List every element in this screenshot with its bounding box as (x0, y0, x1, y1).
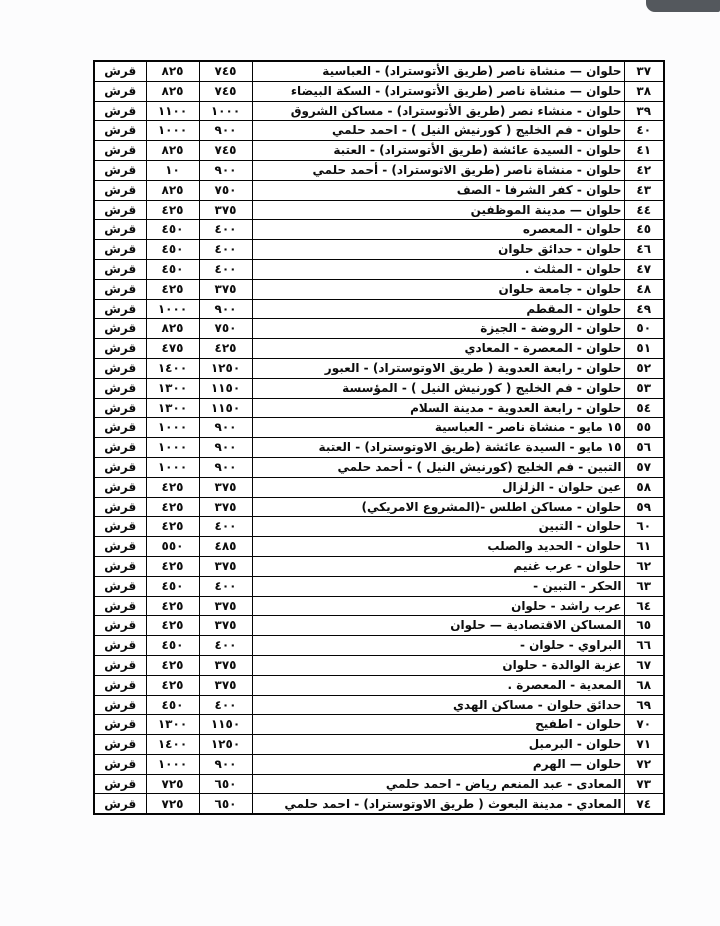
fare-high-cell: ٧٢٥ (146, 774, 199, 794)
fare-high-cell: ٤٢٥ (146, 596, 199, 616)
unit-cell: قرش (94, 200, 146, 220)
fare-high-cell: ٤٢٥ (146, 517, 199, 537)
unit-cell: قرش (94, 339, 146, 359)
table-row: ٥١حلوان - المعصرة - المعادي٤٢٥٤٧٥قرش (94, 339, 664, 359)
unit-cell: قرش (94, 319, 146, 339)
row-number-cell: ٥٢ (624, 358, 664, 378)
row-number-cell: ٥٧ (624, 457, 664, 477)
fare-low-cell: ٩٠٠ (199, 457, 252, 477)
fare-high-cell: ١٣٠٠ (146, 398, 199, 418)
route-cell: حلوان — منشاة ناصر (طريق الأتوستراد) - ا… (252, 61, 624, 81)
row-number-cell: ٧١ (624, 735, 664, 755)
fare-high-cell: ٨٢٥ (146, 81, 199, 101)
table-row: ٥٧التبين - فم الخليج (كورنيش النيل ) - أ… (94, 457, 664, 477)
fare-low-cell: ٧٤٥ (199, 141, 252, 161)
route-cell: حلوان — مدينة الموظفين (252, 200, 624, 220)
table-row: ٧٤المعادي - مدينة البعوث ( طريق الاوتوست… (94, 794, 664, 814)
fare-high-cell: ١٠٠٠ (146, 754, 199, 774)
unit-cell: قرش (94, 537, 146, 557)
fare-low-cell: ٣٧٥ (199, 497, 252, 517)
unit-cell: قرش (94, 616, 146, 636)
table-row: ٦٢حلوان - عرب غنيم٣٧٥٤٢٥قرش (94, 556, 664, 576)
table-row: ٤٧حلوان - المثلث .٤٠٠٤٥٠قرش (94, 259, 664, 279)
unit-cell: قرش (94, 576, 146, 596)
fare-high-cell: ٨٢٥ (146, 180, 199, 200)
fare-low-cell: ٩٠٠ (199, 438, 252, 458)
fare-low-cell: ٤٠٠ (199, 240, 252, 260)
row-number-cell: ٤١ (624, 141, 664, 161)
row-number-cell: ٤٣ (624, 180, 664, 200)
fare-high-cell: ١٠٠٠ (146, 418, 199, 438)
fare-high-cell: ٧٢٥ (146, 794, 199, 814)
row-number-cell: ٦٧ (624, 655, 664, 675)
route-cell: حلوان - الحديد والصلب (252, 537, 624, 557)
fare-high-cell: ٤٢٥ (146, 477, 199, 497)
fare-low-cell: ١١٥٠ (199, 378, 252, 398)
route-cell: حلوان - التبين (252, 517, 624, 537)
row-number-cell: ٥٨ (624, 477, 664, 497)
fare-low-cell: ٤٠٠ (199, 259, 252, 279)
fare-low-cell: ٤٠٠ (199, 517, 252, 537)
row-number-cell: ٧٢ (624, 754, 664, 774)
unit-cell: قرش (94, 596, 146, 616)
row-number-cell: ٥١ (624, 339, 664, 359)
table-row: ٤٤حلوان — مدينة الموظفين٣٧٥٤٢٥قرش (94, 200, 664, 220)
fare-high-cell: ٤٥٠ (146, 576, 199, 596)
row-number-cell: ٤٠ (624, 121, 664, 141)
fare-low-cell: ٣٧٥ (199, 616, 252, 636)
table-row: ٥٠حلوان - الروضة - الجيزة٧٥٠٨٢٥قرش (94, 319, 664, 339)
route-cell: المساكن الاقتصادية — حلوان (252, 616, 624, 636)
table-row: ٦٧عزبة الوالدة - حلوان٣٧٥٤٢٥قرش (94, 655, 664, 675)
route-cell: حلوان - حدائق حلوان (252, 240, 624, 260)
table-row: ٦٥المساكن الاقتصادية — حلوان٣٧٥٤٢٥قرش (94, 616, 664, 636)
fare-low-cell: ١١٥٠ (199, 715, 252, 735)
table-row: ٥٥١٥ مايو - منشاة ناصر - العباسية٩٠٠١٠٠٠… (94, 418, 664, 438)
table-row: ٤٨حلوان - جامعة حلوان٣٧٥٤٢٥قرش (94, 279, 664, 299)
table-row: ٧١حلوان - البرمبل١٢٥٠١٤٠٠قرش (94, 735, 664, 755)
fare-low-cell: ٤٠٠ (199, 576, 252, 596)
fare-low-cell: ٣٧٥ (199, 279, 252, 299)
unit-cell: قرش (94, 636, 146, 656)
route-cell: التبين - فم الخليج (كورنيش النيل ) - أحم… (252, 457, 624, 477)
route-cell: حلوان - كفر الشرفا - الصف (252, 180, 624, 200)
route-cell: حلوان - عرب غنيم (252, 556, 624, 576)
row-number-cell: ٤٤ (624, 200, 664, 220)
row-number-cell: ٦١ (624, 537, 664, 557)
row-number-cell: ٥٠ (624, 319, 664, 339)
fare-high-cell: ١٠٠٠ (146, 457, 199, 477)
fare-high-cell: ١٣٠٠ (146, 715, 199, 735)
fare-high-cell: ١٤٠٠ (146, 735, 199, 755)
row-number-cell: ٦٠ (624, 517, 664, 537)
row-number-cell: ٤٨ (624, 279, 664, 299)
unit-cell: قرش (94, 794, 146, 814)
unit-cell: قرش (94, 754, 146, 774)
fare-table: ٣٧حلوان — منشاة ناصر (طريق الأتوستراد) -… (93, 60, 665, 815)
unit-cell: قرش (94, 121, 146, 141)
fare-low-cell: ٣٧٥ (199, 556, 252, 576)
fare-high-cell: ٤٢٥ (146, 616, 199, 636)
fare-low-cell: ٣٧٥ (199, 596, 252, 616)
route-cell: حلوان - مساكن اطلس -(المشروع الامريكي) (252, 497, 624, 517)
route-cell: حلوان - المقطم (252, 299, 624, 319)
route-cell: حدائق حلوان - مساكن الهدي (252, 695, 624, 715)
fare-high-cell: ٨٢٥ (146, 61, 199, 81)
fare-high-cell: ١١٠٠ (146, 101, 199, 121)
fare-high-cell: ١٠٠٠ (146, 438, 199, 458)
fare-low-cell: ٣٧٥ (199, 477, 252, 497)
table-row: ٤١حلوان - السيدة عائشة (طريق الأتوستراد)… (94, 141, 664, 161)
table-row: ٤٠حلوان - فم الخليج ( كورنيش النيل ) - ا… (94, 121, 664, 141)
unit-cell: قرش (94, 398, 146, 418)
fare-low-cell: ٩٠٠ (199, 754, 252, 774)
row-number-cell: ٤٩ (624, 299, 664, 319)
fare-low-cell: ١٢٥٠ (199, 358, 252, 378)
unit-cell: قرش (94, 418, 146, 438)
fare-low-cell: ٤٢٥ (199, 339, 252, 359)
fare-low-cell: ٧٤٥ (199, 61, 252, 81)
route-cell: عزبة الوالدة - حلوان (252, 655, 624, 675)
table-row: ٣٩حلوان - منشاء نصر (طريق الأتوستراد) - … (94, 101, 664, 121)
row-number-cell: ٤٦ (624, 240, 664, 260)
fare-high-cell: ٤٢٥ (146, 497, 199, 517)
fare-high-cell: ٤٢٥ (146, 200, 199, 220)
unit-cell: قرش (94, 81, 146, 101)
row-number-cell: ٤٧ (624, 259, 664, 279)
row-number-cell: ٤٥ (624, 220, 664, 240)
row-number-cell: ٥٥ (624, 418, 664, 438)
table-row: ٤٦حلوان - حدائق حلوان٤٠٠٤٥٠قرش (94, 240, 664, 260)
row-number-cell: ٦٦ (624, 636, 664, 656)
fare-high-cell: ١٠ (146, 160, 199, 180)
row-number-cell: ٣٨ (624, 81, 664, 101)
route-cell: حلوان - اطفيح (252, 715, 624, 735)
unit-cell: قرش (94, 141, 146, 161)
fare-high-cell: ٤٥٠ (146, 695, 199, 715)
row-number-cell: ٦٤ (624, 596, 664, 616)
row-number-cell: ٤٢ (624, 160, 664, 180)
fare-low-cell: ٣٧٥ (199, 655, 252, 675)
route-cell: حلوان - السيدة عائشة (طريق الأتوستراد) -… (252, 141, 624, 161)
row-number-cell: ٦٨ (624, 675, 664, 695)
fare-low-cell: ٩٠٠ (199, 121, 252, 141)
unit-cell: قرش (94, 497, 146, 517)
route-cell: حلوان - رابعة العدوية - مدينة السلام (252, 398, 624, 418)
route-cell: حلوان — الهرم (252, 754, 624, 774)
fare-high-cell: ٨٢٥ (146, 319, 199, 339)
route-cell: حلوان - البرمبل (252, 735, 624, 755)
table-row: ٧٠حلوان - اطفيح١١٥٠١٣٠٠قرش (94, 715, 664, 735)
fare-low-cell: ٧٥٠ (199, 319, 252, 339)
unit-cell: قرش (94, 517, 146, 537)
unit-cell: قرش (94, 240, 146, 260)
table-row: ٦٦البراوي - حلوان -٤٠٠٤٥٠قرش (94, 636, 664, 656)
unit-cell: قرش (94, 695, 146, 715)
fare-low-cell: ١٠٠٠ (199, 101, 252, 121)
table-row: ٥٩حلوان - مساكن اطلس -(المشروع الامريكي)… (94, 497, 664, 517)
fare-high-cell: ٨٢٥ (146, 141, 199, 161)
route-cell: حلوان - المثلث . (252, 259, 624, 279)
fare-low-cell: ٧٥٠ (199, 180, 252, 200)
unit-cell: قرش (94, 358, 146, 378)
unit-cell: قرش (94, 735, 146, 755)
row-number-cell: ٦٢ (624, 556, 664, 576)
row-number-cell: ٣٧ (624, 61, 664, 81)
row-number-cell: ٧٠ (624, 715, 664, 735)
route-cell: حلوان — منشاة ناصر (طريق الأتوستراد) - ا… (252, 81, 624, 101)
unit-cell: قرش (94, 220, 146, 240)
unit-cell: قرش (94, 259, 146, 279)
table-row: ٣٧حلوان — منشاة ناصر (طريق الأتوستراد) -… (94, 61, 664, 81)
unit-cell: قرش (94, 279, 146, 299)
fare-low-cell: ٣٧٥ (199, 675, 252, 695)
unit-cell: قرش (94, 556, 146, 576)
fare-low-cell: ٩٠٠ (199, 418, 252, 438)
fare-high-cell: ٤٥٠ (146, 259, 199, 279)
fare-high-cell: ١٠٠٠ (146, 121, 199, 141)
route-cell: المعادي - مدينة البعوث ( طريق الاوتوسترا… (252, 794, 624, 814)
route-cell: ١٥ مايو - السيدة عائشة (طريق الاوتوستراد… (252, 438, 624, 458)
unit-cell: قرش (94, 457, 146, 477)
unit-cell: قرش (94, 438, 146, 458)
fare-low-cell: ٩٠٠ (199, 160, 252, 180)
unit-cell: قرش (94, 477, 146, 497)
fare-high-cell: ٤٢٥ (146, 279, 199, 299)
fare-high-cell: ٤٥٠ (146, 636, 199, 656)
table-row: ٥٦١٥ مايو - السيدة عائشة (طريق الاوتوستر… (94, 438, 664, 458)
row-number-cell: ٥٩ (624, 497, 664, 517)
row-number-cell: ٥٣ (624, 378, 664, 398)
route-cell: حلوان - المعصره (252, 220, 624, 240)
table-row: ٥٨عين حلوان - الزلزال٣٧٥٤٢٥قرش (94, 477, 664, 497)
table-row: ٦٩حدائق حلوان - مساكن الهدي٤٠٠٤٥٠قرش (94, 695, 664, 715)
route-cell: حلوان - الروضة - الجيزة (252, 319, 624, 339)
fare-table-body: ٣٧حلوان — منشاة ناصر (طريق الأتوستراد) -… (94, 61, 664, 814)
table-row: ٧٢حلوان — الهرم٩٠٠١٠٠٠قرش (94, 754, 664, 774)
row-number-cell: ٦٣ (624, 576, 664, 596)
fare-low-cell: ٤٠٠ (199, 220, 252, 240)
row-number-cell: ٥٦ (624, 438, 664, 458)
unit-cell: قرش (94, 101, 146, 121)
row-number-cell: ٥٤ (624, 398, 664, 418)
route-cell: حلوان - جامعة حلوان (252, 279, 624, 299)
table-row: ٥٢حلوان - رابعة العدوية ( طريق الاوتوستر… (94, 358, 664, 378)
row-number-cell: ٧٤ (624, 794, 664, 814)
table-row: ٥٤حلوان - رابعة العدوية - مدينة السلام١١… (94, 398, 664, 418)
unit-cell: قرش (94, 774, 146, 794)
table-row: ٦٠حلوان - التبين٤٠٠٤٢٥قرش (94, 517, 664, 537)
route-cell: عرب راشد - حلوان (252, 596, 624, 616)
fare-high-cell: ٤٢٥ (146, 675, 199, 695)
route-cell: المعدية - المعصرة . (252, 675, 624, 695)
route-cell: حلوان - المعصرة - المعادي (252, 339, 624, 359)
route-cell: البراوي - حلوان - (252, 636, 624, 656)
table-row: ٦٤عرب راشد - حلوان٣٧٥٤٢٥قرش (94, 596, 664, 616)
row-number-cell: ٦٩ (624, 695, 664, 715)
table-row: ٤٢حلوان - منشاة ناصر (طريق الاتوستراد) -… (94, 160, 664, 180)
fare-low-cell: ١٢٥٠ (199, 735, 252, 755)
route-cell: حلوان - منشاة ناصر (طريق الاتوستراد) - أ… (252, 160, 624, 180)
fare-low-cell: ٩٠٠ (199, 299, 252, 319)
unit-cell: قرش (94, 378, 146, 398)
unit-cell: قرش (94, 655, 146, 675)
route-cell: المعادى - عبد المنعم رياض - احمد حلمي (252, 774, 624, 794)
route-cell: عين حلوان - الزلزال (252, 477, 624, 497)
row-number-cell: ٦٥ (624, 616, 664, 636)
unit-cell: قرش (94, 715, 146, 735)
route-cell: الحكر - التبين - (252, 576, 624, 596)
table-row: ٤٥حلوان - المعصره٤٠٠٤٥٠قرش (94, 220, 664, 240)
unit-cell: قرش (94, 61, 146, 81)
fare-low-cell: ٣٧٥ (199, 200, 252, 220)
fare-high-cell: ٥٥٠ (146, 537, 199, 557)
fare-high-cell: ١٣٠٠ (146, 378, 199, 398)
fare-high-cell: ٤٧٥ (146, 339, 199, 359)
fare-low-cell: ٤٠٠ (199, 695, 252, 715)
route-cell: حلوان - منشاء نصر (طريق الأتوستراد) - مس… (252, 101, 624, 121)
route-cell: ١٥ مايو - منشاة ناصر - العباسية (252, 418, 624, 438)
route-cell: حلوان - فم الخليج ( كورنيش النيل ) - احم… (252, 121, 624, 141)
row-number-cell: ٧٣ (624, 774, 664, 794)
table-row: ٦٣الحكر - التبين -٤٠٠٤٥٠قرش (94, 576, 664, 596)
fare-low-cell: ٦٥٠ (199, 794, 252, 814)
route-cell: حلوان - فم الخليج ( كورنيش النيل ) - الم… (252, 378, 624, 398)
unit-cell: قرش (94, 160, 146, 180)
fare-low-cell: ٤٨٥ (199, 537, 252, 557)
fare-low-cell: ٧٤٥ (199, 81, 252, 101)
document-page: ٣٧حلوان — منشاة ناصر (طريق الأتوستراد) -… (0, 0, 720, 926)
table-row: ٦١حلوان - الحديد والصلب٤٨٥٥٥٠قرش (94, 537, 664, 557)
table-row: ٥٣حلوان - فم الخليج ( كورنيش النيل ) - ا… (94, 378, 664, 398)
table-row: ٧٣المعادى - عبد المنعم رياض - احمد حلمي٦… (94, 774, 664, 794)
fare-high-cell: ٤٢٥ (146, 556, 199, 576)
table-row: ٦٨المعدية - المعصرة .٣٧٥٤٢٥قرش (94, 675, 664, 695)
table-row: ٤٩حلوان - المقطم٩٠٠١٠٠٠قرش (94, 299, 664, 319)
fare-low-cell: ٤٠٠ (199, 636, 252, 656)
fare-low-cell: ١١٥٠ (199, 398, 252, 418)
route-cell: حلوان - رابعة العدوية ( طريق الاوتوستراد… (252, 358, 624, 378)
fare-high-cell: ٤٢٥ (146, 655, 199, 675)
fare-high-cell: ١٠٠٠ (146, 299, 199, 319)
fare-high-cell: ٤٥٠ (146, 220, 199, 240)
row-number-cell: ٣٩ (624, 101, 664, 121)
fare-low-cell: ٦٥٠ (199, 774, 252, 794)
fare-high-cell: ٤٥٠ (146, 240, 199, 260)
unit-cell: قرش (94, 299, 146, 319)
table-row: ٤٣حلوان - كفر الشرفا - الصف٧٥٠٨٢٥قرش (94, 180, 664, 200)
table-row: ٣٨حلوان — منشاة ناصر (طريق الأتوستراد) -… (94, 81, 664, 101)
fare-high-cell: ١٤٠٠ (146, 358, 199, 378)
top-right-corner-tab (646, 0, 720, 12)
unit-cell: قرش (94, 675, 146, 695)
unit-cell: قرش (94, 180, 146, 200)
